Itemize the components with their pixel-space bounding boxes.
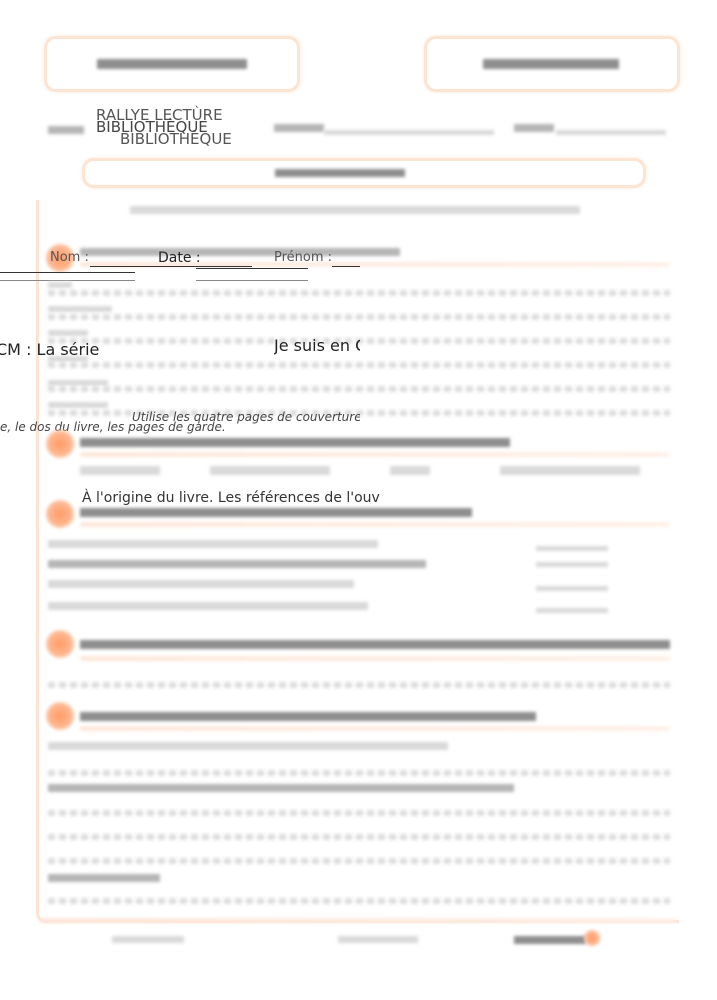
answer-line[interactable] xyxy=(48,810,670,816)
section-heading xyxy=(80,438,510,447)
blurred-label xyxy=(514,124,554,132)
blurred-heading xyxy=(80,248,400,256)
ghost-je-suis-en: Je suis en C xyxy=(274,336,360,355)
question-line xyxy=(48,742,448,750)
answer-line[interactable] xyxy=(48,770,670,776)
header-right-box xyxy=(424,36,680,92)
prenom-label: Prénom : xyxy=(274,250,332,265)
question-line xyxy=(48,580,354,588)
answer-line[interactable] xyxy=(48,858,670,864)
blurred-label xyxy=(48,330,88,336)
answer-line[interactable] xyxy=(48,290,670,296)
section-icon xyxy=(46,430,74,458)
frame-bottom xyxy=(40,918,676,923)
ghost-origin-text: À l'origine du livre. Les références de … xyxy=(82,490,380,506)
question-line xyxy=(48,602,368,610)
section-icon xyxy=(46,500,74,528)
answer-line[interactable] xyxy=(48,362,670,368)
ghost-cm-serie: CM : La série xyxy=(0,340,99,359)
section-heading xyxy=(80,640,670,649)
question-line xyxy=(48,784,514,792)
section-icon xyxy=(46,630,74,658)
section-underline xyxy=(80,522,670,527)
question-line xyxy=(48,540,378,548)
answer-line[interactable] xyxy=(48,834,670,840)
question-line xyxy=(48,560,426,568)
section-underline xyxy=(80,452,670,457)
answer-line[interactable] xyxy=(48,898,670,904)
section-underline xyxy=(80,726,670,731)
blurred-label xyxy=(274,124,324,132)
table-header xyxy=(390,466,430,475)
form-line xyxy=(0,272,135,273)
blurred-label xyxy=(48,126,84,134)
table-header xyxy=(210,466,330,475)
table-header xyxy=(500,466,640,475)
answer-blank[interactable] xyxy=(536,546,608,551)
footer-right xyxy=(514,936,586,944)
date-label: Date : xyxy=(158,250,201,266)
header-left-box xyxy=(44,36,300,92)
blurred-line xyxy=(324,130,494,135)
form-line xyxy=(0,280,135,281)
section-underline xyxy=(80,656,670,661)
answer-blank[interactable] xyxy=(536,608,608,613)
instruction-line xyxy=(130,206,580,214)
ghost-instruction-2: e, le dos du livre, les pages de garde. xyxy=(0,420,226,434)
table-header xyxy=(80,466,160,475)
form-line xyxy=(196,280,308,281)
section-heading xyxy=(80,712,536,721)
answer-blank[interactable] xyxy=(536,586,608,591)
section-heading xyxy=(80,508,472,517)
nom-field[interactable] xyxy=(90,266,252,267)
blurred-label xyxy=(48,402,108,408)
prenom-field[interactable] xyxy=(332,266,360,267)
date-field[interactable] xyxy=(196,268,308,269)
footer-left xyxy=(112,936,184,943)
subtitle-box xyxy=(82,158,646,188)
section-icon xyxy=(46,702,74,730)
logo-line3: BIBLIOTHÈQUE xyxy=(120,130,232,148)
blurred-label xyxy=(48,306,112,312)
footer-center xyxy=(338,936,418,943)
question-line xyxy=(48,874,160,882)
nom-label: Nom : xyxy=(50,250,89,265)
footer-icon xyxy=(584,930,600,946)
answer-line[interactable] xyxy=(48,386,670,392)
blurred-line xyxy=(556,130,666,135)
blurred-label xyxy=(48,282,72,288)
answer-line[interactable] xyxy=(48,314,670,320)
answer-line[interactable] xyxy=(48,682,670,688)
answer-blank[interactable] xyxy=(536,562,608,567)
